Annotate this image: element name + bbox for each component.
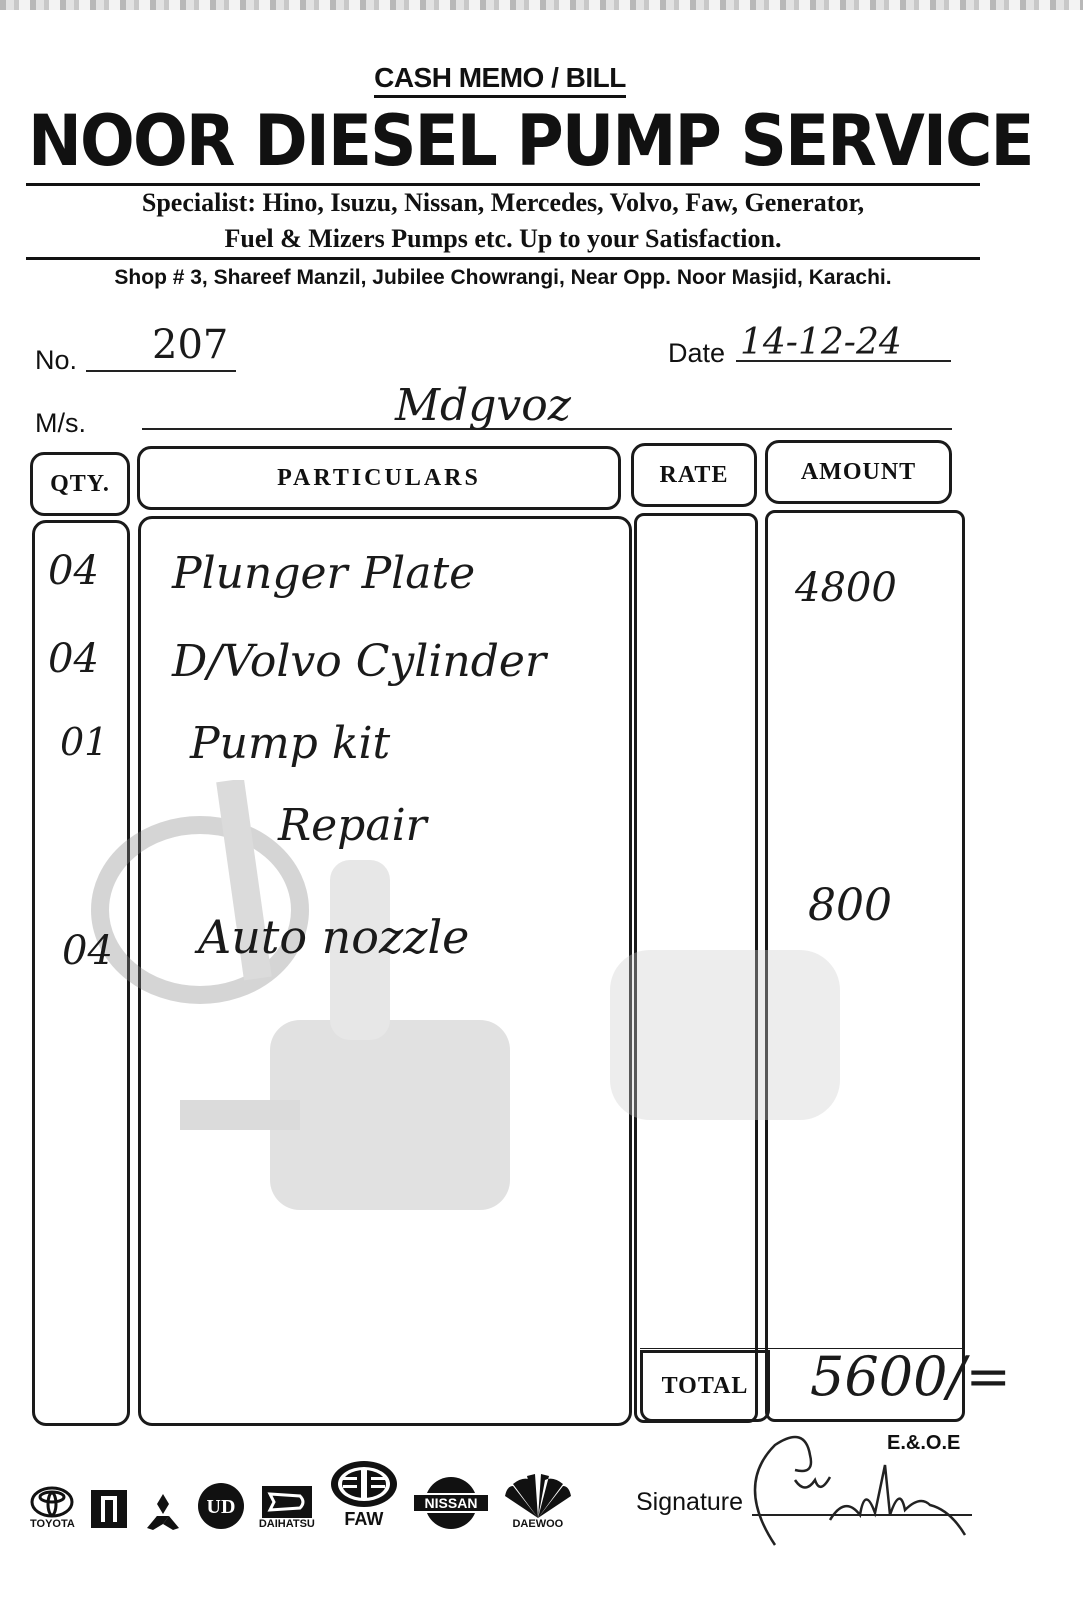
row-1-qty: 04 — [48, 548, 99, 594]
shop-name: NOOR DIESEL PUMP SERVICE — [28, 100, 902, 182]
signature-scribble — [735, 1425, 985, 1555]
row-4-particulars: Repair — [278, 800, 427, 851]
row-3-qty: 01 — [60, 720, 108, 764]
brand-logos: TOYOTA UD DAIHATSU FAW NISSAN DAEWOO — [30, 1440, 573, 1530]
ud-logo: UD — [197, 1482, 245, 1530]
particulars-header: PARTICULARS — [137, 446, 621, 510]
document-type: CASH MEMO / BILL — [0, 62, 1000, 94]
shop-address: Shop # 3, Shareef Manzil, Jubilee Chowra… — [26, 266, 980, 290]
qty-header: QTY. — [30, 452, 130, 516]
no-label: No. — [35, 345, 77, 376]
row-1-amount: 4800 — [795, 565, 897, 611]
bill-number: 207 — [152, 322, 228, 368]
row-2-particulars: D/Volvo Cylinder — [172, 636, 546, 687]
toyota-logo: TOYOTA — [30, 1486, 75, 1530]
rate-header: RATE — [631, 443, 757, 507]
faw-logo: FAW — [329, 1459, 399, 1530]
daewoo-logo: DAEWOO — [503, 1474, 573, 1530]
total-amount: 5600/= — [810, 1345, 1011, 1408]
row-5-qty: 04 — [62, 928, 113, 974]
nissan-logo: NISSAN — [413, 1476, 489, 1530]
svg-text:NISSAN: NISSAN — [424, 1495, 477, 1511]
row-1-particulars: Plunger Plate — [172, 548, 475, 599]
row-5-amount: 800 — [808, 880, 892, 931]
divider — [26, 183, 980, 186]
no-line — [86, 370, 236, 372]
torn-edge — [0, 0, 1083, 10]
divider — [26, 257, 980, 260]
isuzu-logo — [89, 1488, 129, 1530]
svg-text:UD: UD — [206, 1496, 235, 1518]
row-5-particulars: Auto nozzle — [198, 910, 469, 964]
amount-column — [765, 510, 965, 1422]
daihatsu-logo: DAIHATSU — [259, 1486, 315, 1530]
mitsubishi-logo — [143, 1494, 183, 1530]
date-label: Date — [668, 338, 725, 369]
customer-name: Mdgvoz — [395, 380, 571, 431]
row-3-particulars: Pump kit — [190, 718, 390, 769]
ms-label: M/s. — [35, 408, 86, 439]
signature-label: Signature — [636, 1488, 743, 1517]
date-value: 14-12-24 — [740, 322, 902, 363]
amount-header: AMOUNT — [765, 440, 952, 504]
row-2-qty: 04 — [48, 636, 99, 682]
specialist-line-1: Specialist: Hino, Isuzu, Nissan, Mercede… — [26, 188, 980, 218]
specialist-line-2: Fuel & Mizers Pumps etc. Up to your Sati… — [26, 224, 980, 254]
rate-column — [634, 513, 758, 1423]
total-label: TOTAL — [640, 1350, 770, 1422]
